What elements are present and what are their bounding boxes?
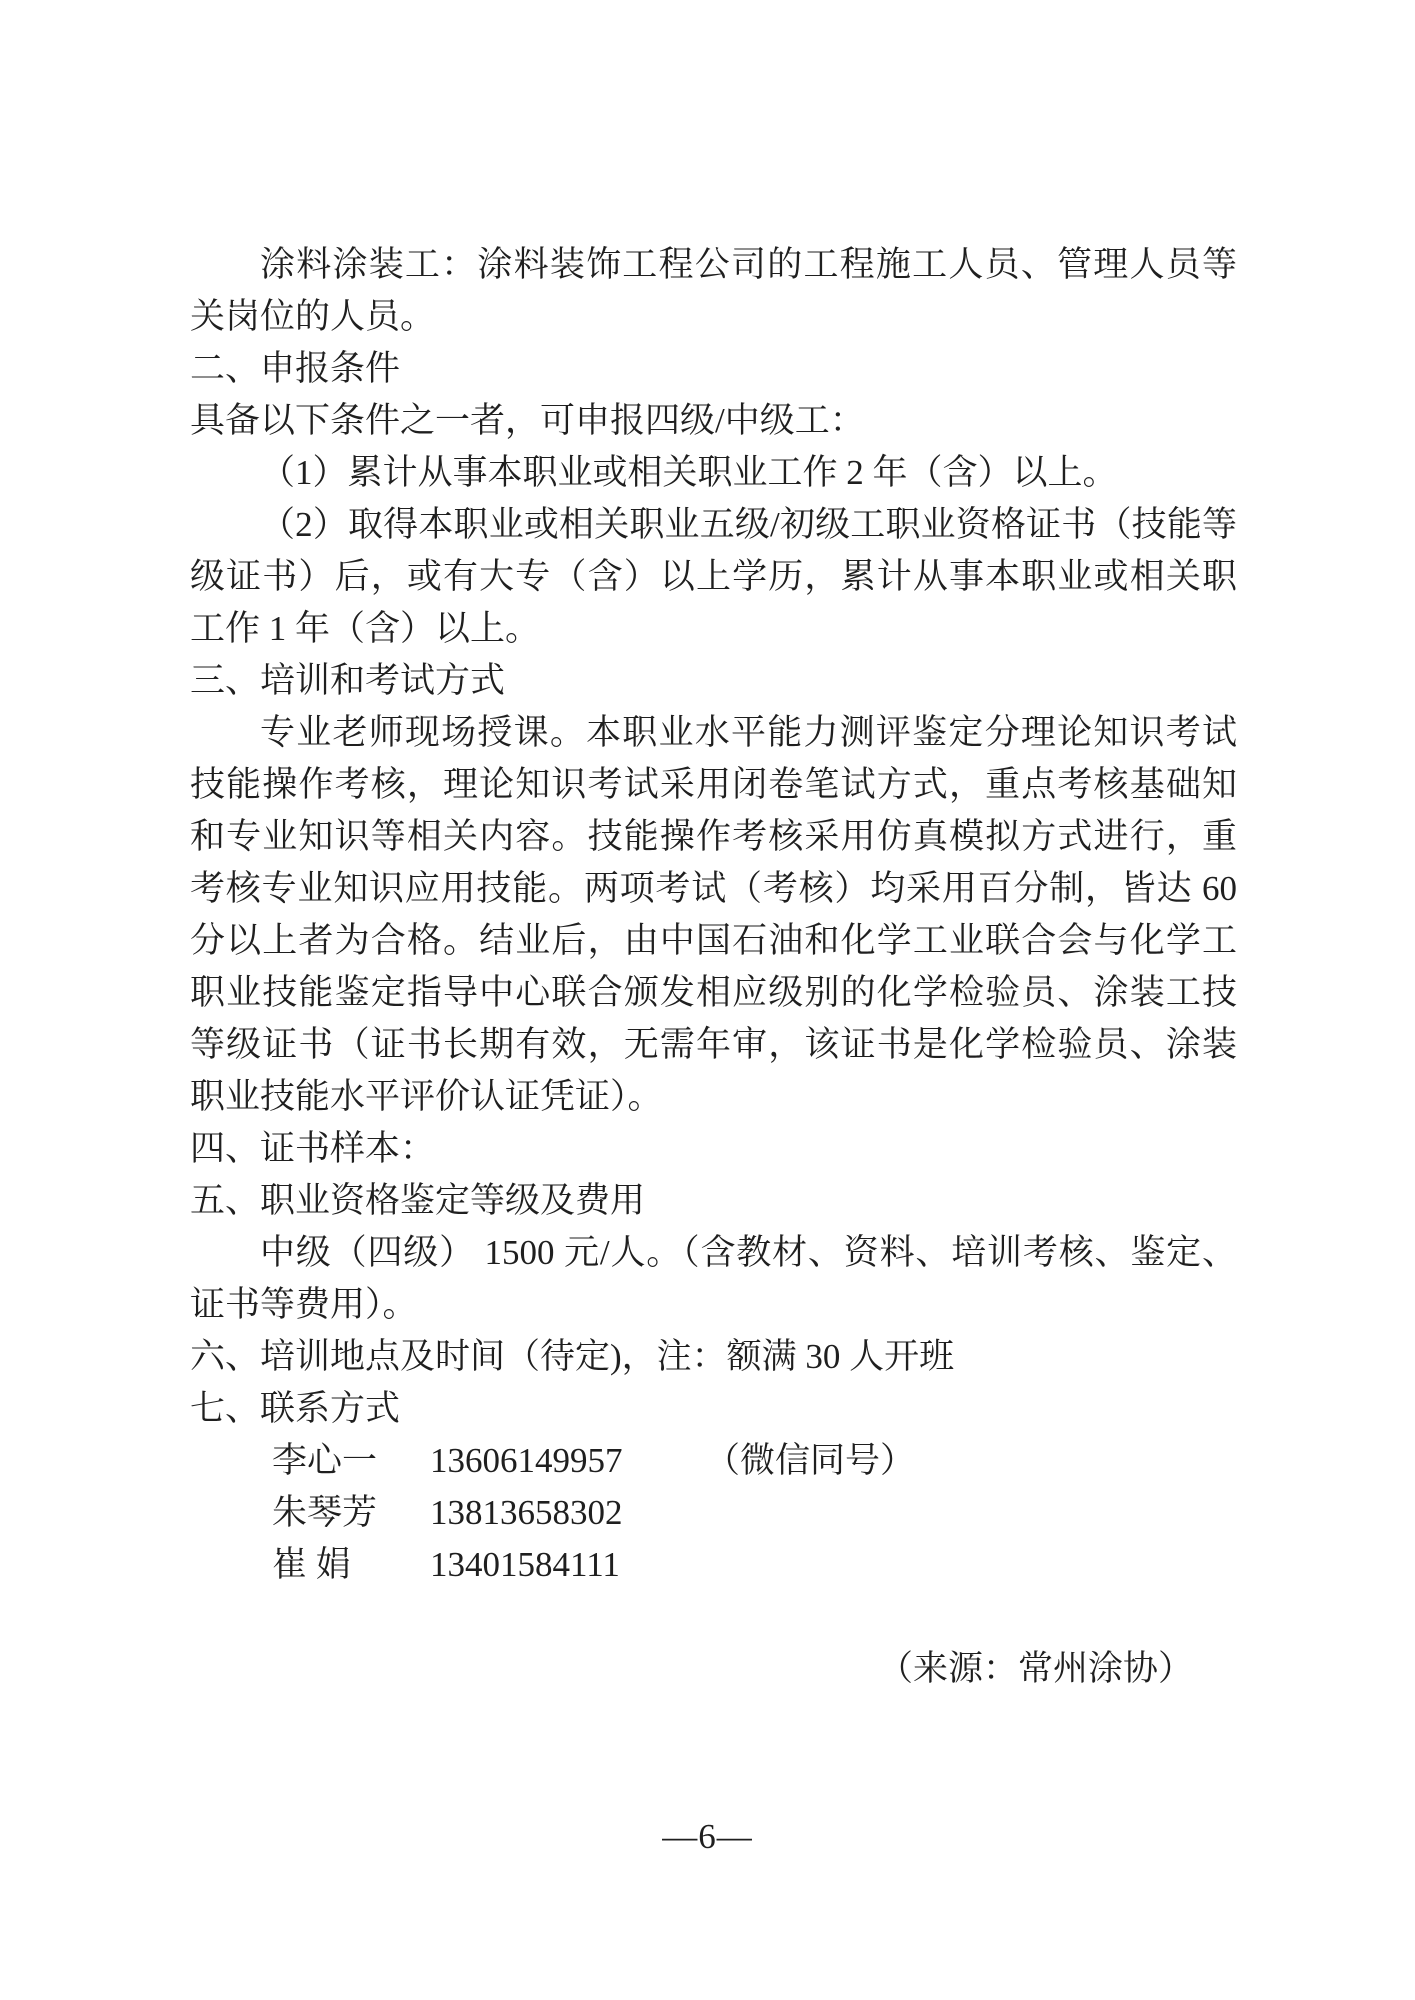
contact-row-1: 李心一13606149957（微信同号）: [190, 1435, 1237, 1487]
heading-section-3-training-exam-method: 三、培训和考试方式: [190, 655, 1237, 707]
condition-item-2-line-2: 级证书）后，或有大专（含）以上学历，累计从事本职业或相关职业: [190, 551, 1237, 603]
training-paragraph-line-5: 分以上者为合格。结业后，由中国石油和化学工业联合会与化学工业: [190, 915, 1237, 967]
heading-section-6-location-time: 六、培训地点及时间（待定)，注：额满 30 人开班: [190, 1331, 1237, 1383]
contact-note: （微信同号）: [705, 1435, 915, 1487]
training-paragraph-line-3: 和专业知识等相关内容。技能操作考核采用仿真模拟方式进行，重点: [190, 811, 1237, 863]
heading-section-5-grade-and-fee: 五、职业资格鉴定等级及费用: [190, 1175, 1237, 1227]
heading-section-2-application-conditions: 二、申报条件: [190, 343, 1237, 395]
heading-section-4-certificate-sample: 四、证书样本：: [190, 1123, 1237, 1175]
fee-line-1: 中级（四级） 1500 元/人。（含教材、资料、培训考核、鉴定、: [190, 1227, 1237, 1279]
document-page: 涂料涂装工：涂料装饰工程公司的工程施工人员、管理人员等相 关岗位的人员。 二、申…: [0, 0, 1415, 2000]
conditions-intro-line: 具备以下条件之一者，可申报四级/中级工：: [190, 395, 1237, 447]
contact-row-3: 崔 娟13401584111: [190, 1539, 1237, 1591]
contact-phone: 13606149957: [430, 1435, 705, 1487]
fee-line-2: 证书等费用）。: [190, 1279, 1237, 1331]
training-paragraph-line-8: 职业技能水平评价认证凭证）。: [190, 1071, 1237, 1123]
contact-phone: 13813658302: [430, 1487, 705, 1539]
contact-name: 崔 娟: [272, 1539, 430, 1591]
training-paragraph-line-6: 职业技能鉴定指导中心联合颁发相应级别的化学检验员、涂装工技能: [190, 967, 1237, 1019]
condition-item-2-line-3: 工作 1 年（含）以上。: [190, 603, 1237, 655]
page-number: —6—: [0, 1811, 1415, 1863]
training-paragraph-line-7: 等级证书（证书长期有效，无需年审，该证书是化学检验员、涂装工: [190, 1019, 1237, 1071]
contact-phone: 13401584111: [430, 1539, 705, 1591]
training-paragraph-line-4: 考核专业知识应用技能。两项考试（考核）均采用百分制，皆达 60: [190, 863, 1237, 915]
condition-item-1: （1）累计从事本职业或相关职业工作 2 年（含）以上。: [190, 447, 1237, 499]
intro-line-1: 涂料涂装工：涂料装饰工程公司的工程施工人员、管理人员等相: [190, 239, 1237, 291]
text-block: 涂料涂装工：涂料装饰工程公司的工程施工人员、管理人员等相 关岗位的人员。 二、申…: [190, 239, 1237, 1695]
contact-name: 李心一: [272, 1435, 430, 1487]
contact-row-2: 朱琴芳13813658302: [190, 1487, 1237, 1539]
condition-item-2-line-1: （2）取得本职业或相关职业五级/初级工职业资格证书（技能等: [190, 499, 1237, 551]
intro-line-2: 关岗位的人员。: [190, 291, 1237, 343]
contact-name: 朱琴芳: [272, 1487, 430, 1539]
training-paragraph-line-2: 技能操作考核，理论知识考试采用闭卷笔试方式，重点考核基础知识: [190, 759, 1237, 811]
source-attribution: （来源：常州涂协）: [190, 1643, 1237, 1695]
heading-section-7-contact-info: 七、联系方式: [190, 1383, 1237, 1435]
training-paragraph-line-1: 专业老师现场授课。本职业水平能力测评鉴定分理论知识考试和: [190, 707, 1237, 759]
